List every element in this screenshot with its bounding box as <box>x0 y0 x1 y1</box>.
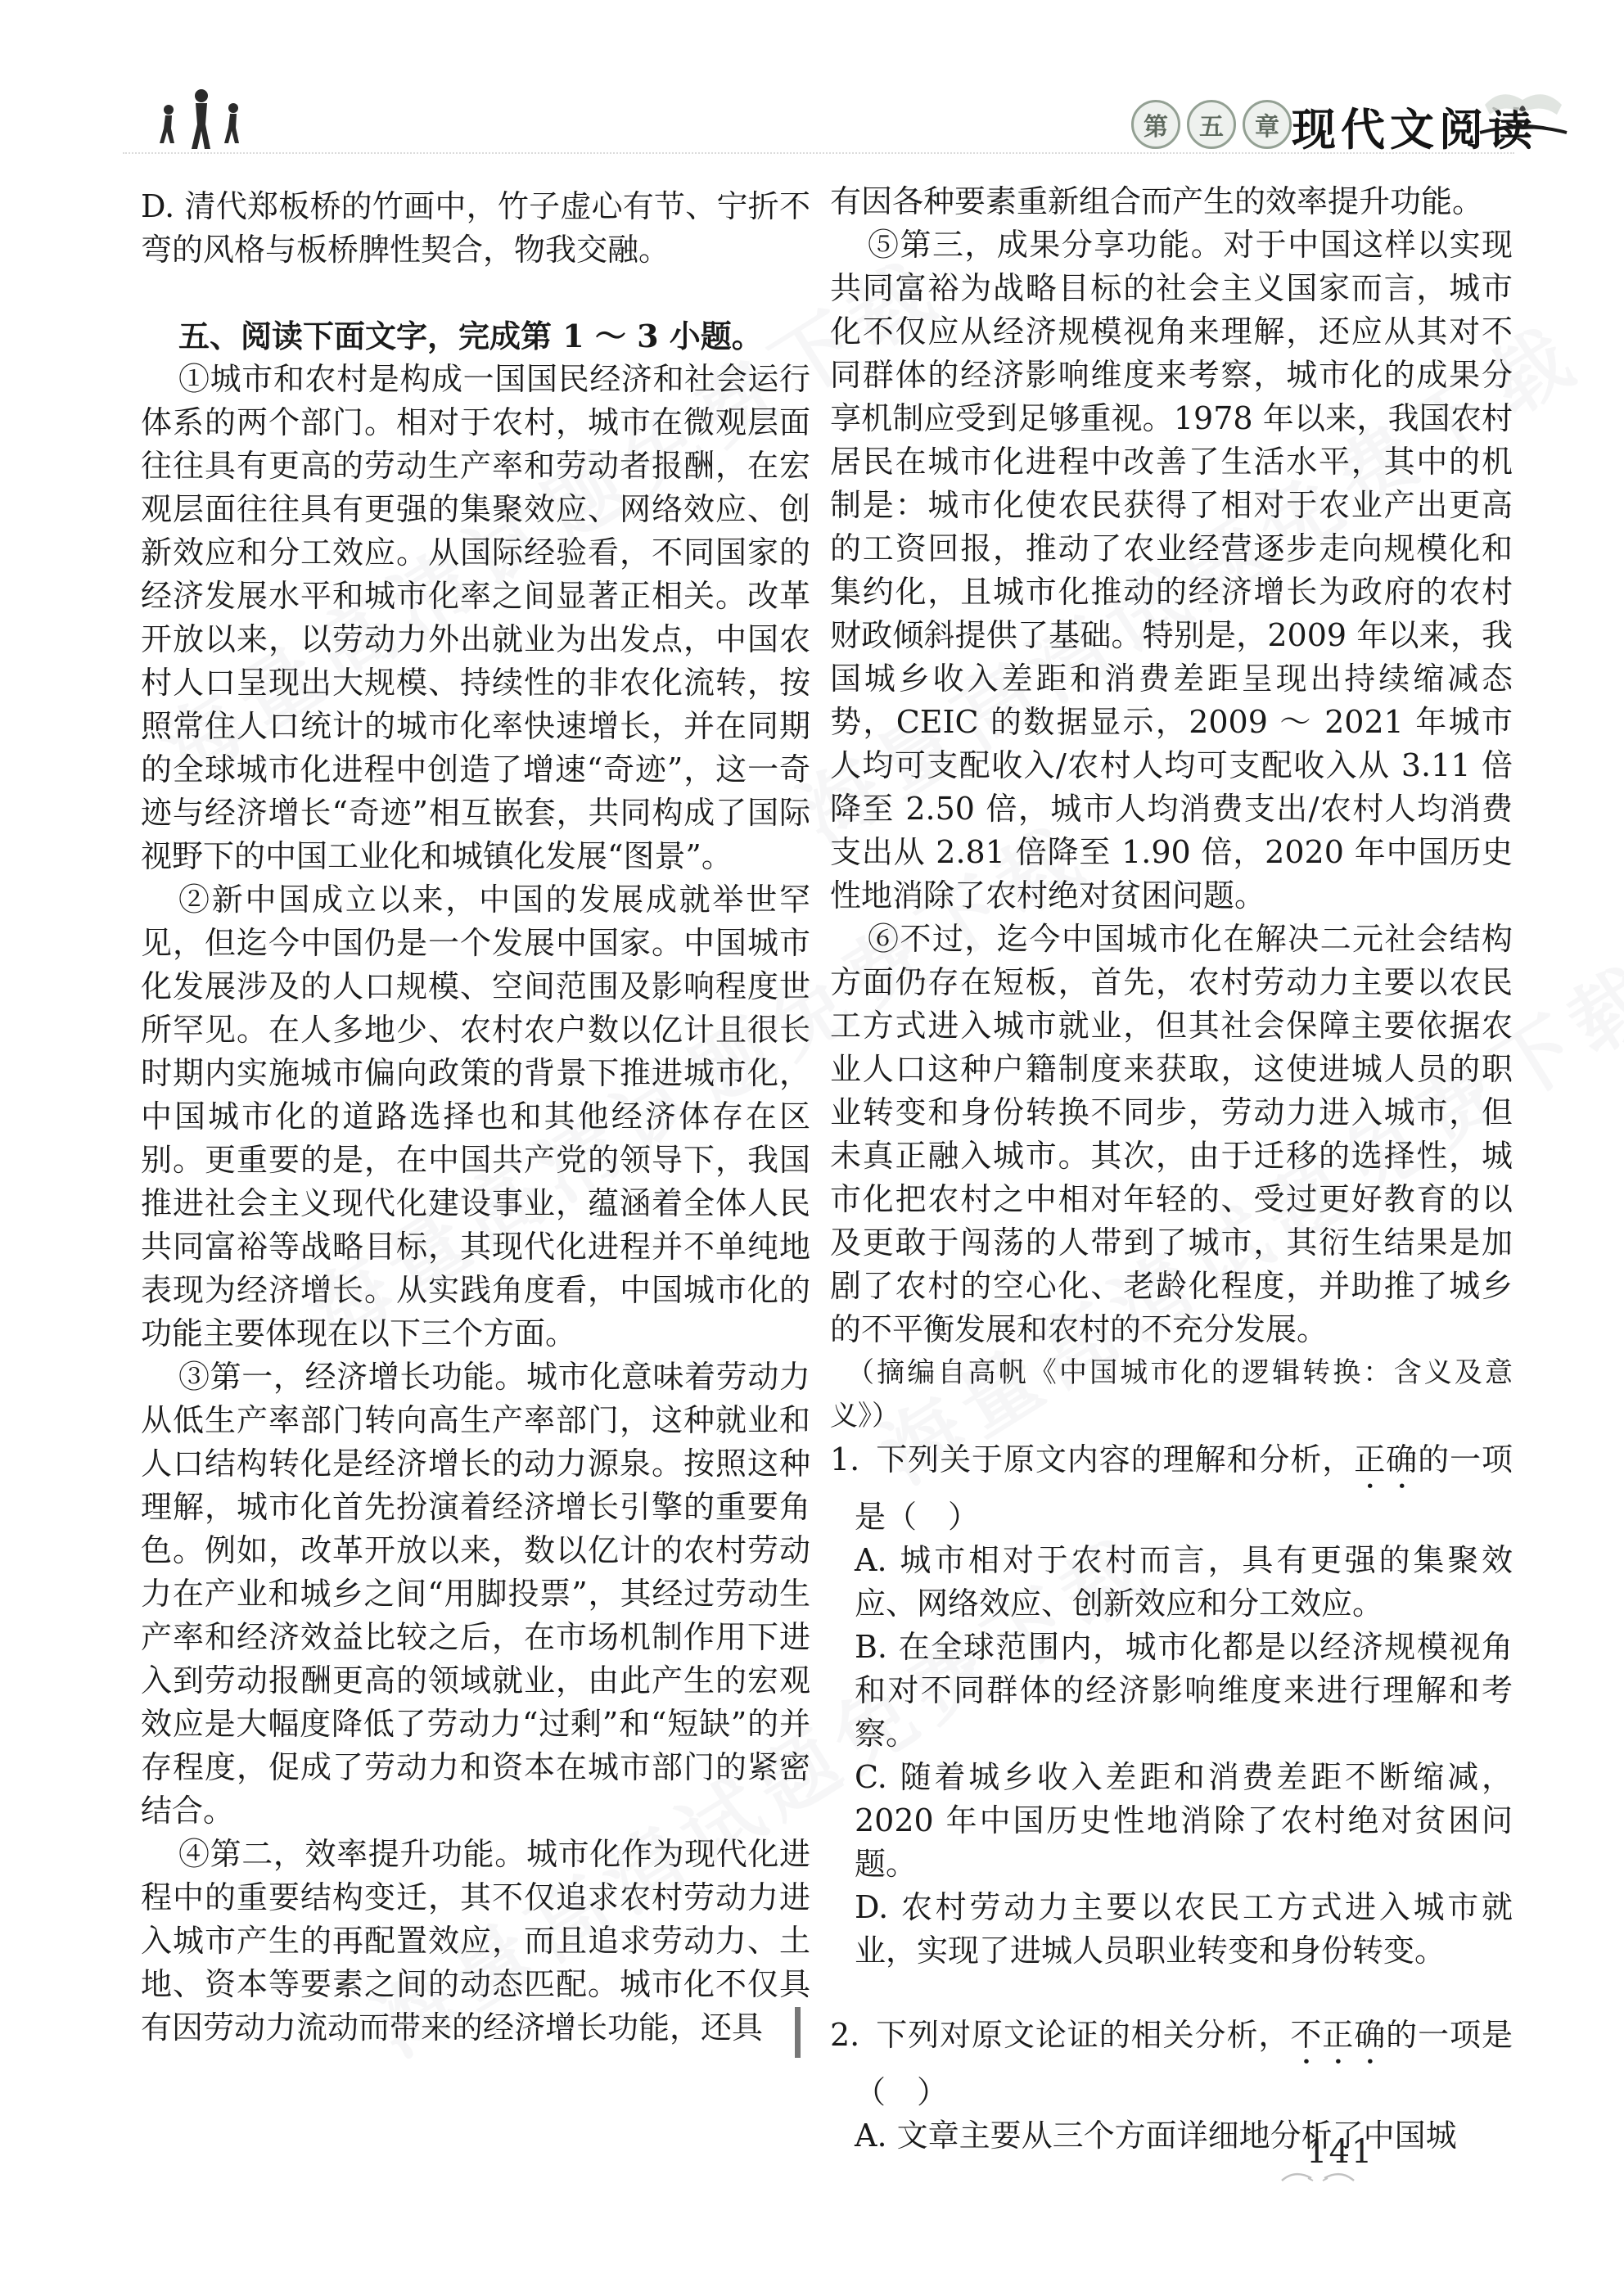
scan-artifact <box>795 2007 801 2058</box>
question-1-option-c: C. 随着城乡收入差距和消费差距不断缩减，2020 年中国历史性地消除了农村绝对… <box>855 1756 1513 1886</box>
question-1-text: 下列关于原文内容的理解和分析， <box>875 1441 1354 1477</box>
page-number: 141 <box>1306 2133 1374 2171</box>
question-1-options: A. 城市相对于农村而言，具有更强的集聚效应、网络效应、创新效应和分工效应。 B… <box>830 1539 1513 1973</box>
question-1-option-d: D. 农村劳动力主要以农民工方式进入城市就业，实现了进城人员职业转变和身份转变。 <box>855 1886 1513 1973</box>
prev-question-option-d: D. 清代郑板桥的竹画中，竹子虚心有节、宁折不弯的风格与板桥脾性契合，物我交融。 <box>141 185 810 272</box>
passage-paragraph-3: ③第一，经济增长功能。城市化意味着劳动力从低生产率部门转向高生产率部门，这种就业… <box>141 1355 810 1833</box>
chapter-badge-char: 第 <box>1131 100 1180 149</box>
left-column: D. 清代郑板桥的竹画中，竹子虚心有节、宁折不弯的风格与板桥脾性契合，物我交融。… <box>141 185 810 2050</box>
page-flourish <box>1277 2167 1359 2190</box>
question-2-emphasis: 不正确 <box>1290 2017 1386 2053</box>
question-2-option-a: A. 文章主要从三个方面详细地分析了中国城 <box>855 2114 1513 2158</box>
chapter-badge-char: 五 <box>1187 100 1236 149</box>
question-2-number: 2. <box>830 2017 859 2053</box>
question-2-options: A. 文章主要从三个方面详细地分析了中国城 <box>830 2114 1513 2158</box>
section-heading: 五、阅读下面文字，完成第 1 ～ 3 小题。 <box>141 314 810 358</box>
passage-paragraph-5: ⑤第三，成果分享功能。对于中国这样以实现共同富裕为战略目标的社会主义国家而言，城… <box>830 223 1513 918</box>
question-1-emphasis: 正确 <box>1354 1441 1418 1477</box>
chapter-badge: 第 五 章 <box>1131 100 1292 149</box>
passage-citation: （摘编自高帆《中国城市化的逻辑转换：含义及意义》） <box>830 1351 1513 1438</box>
passage-paragraph-6: ⑥不过，迄今中国城市化在解决二元社会结构方面仍存在短板，首先，农村劳动力主要以农… <box>830 918 1513 1351</box>
scanned-textbook-page: 海量高清试题免费下载 海量高清试题免费下载 海量高清试题免费下载 海量高清试题免… <box>0 0 1624 2296</box>
right-column: 有因各种要素重新组合而产生的效率提升功能。 ⑤第三，成果分享功能。对于中国这样以… <box>830 180 1513 2158</box>
question-1-number: 1. <box>830 1441 859 1477</box>
passage-paragraph-4-continuation: 有因各种要素重新组合而产生的效率提升功能。 <box>830 180 1513 223</box>
chapter-badge-char: 章 <box>1243 100 1292 149</box>
passage-paragraph-1: ①城市和农村是构成一国国民经济和社会运行体系的两个部门。相对于农村，城市在微观层… <box>141 358 810 878</box>
passage-paragraph-2: ②新中国成立以来，中国的发展成就举世罕见，但迄今中国仍是一个发展中国家。中国城市… <box>141 878 810 1355</box>
header-divider <box>123 152 1514 154</box>
question-2-text: 下列对原文论证的相关分析， <box>875 2017 1290 2053</box>
question-1-option-b: B. 在全球范围内，城市化都是以经济规模视角和对不同群体的经济影响维度来进行理解… <box>855 1626 1513 1756</box>
question-1-stem: 1. 下列关于原文内容的理解和分析，正确的一项是（ ） <box>830 1438 1513 1539</box>
passage-paragraph-4: ④第二，效率提升功能。城市化作为现代化进程中的重要结构变迁，其不仅追求农村劳动力… <box>141 1833 810 2050</box>
question-1-option-a: A. 城市相对于农村而言，具有更强的集聚效应、网络效应、创新效应和分工效应。 <box>855 1539 1513 1626</box>
runners-icon <box>154 88 252 159</box>
question-2-stem: 2. 下列对原文论证的相关分析，不正确的一项是（ ） <box>830 2014 1513 2114</box>
open-book-icon <box>1478 82 1568 156</box>
